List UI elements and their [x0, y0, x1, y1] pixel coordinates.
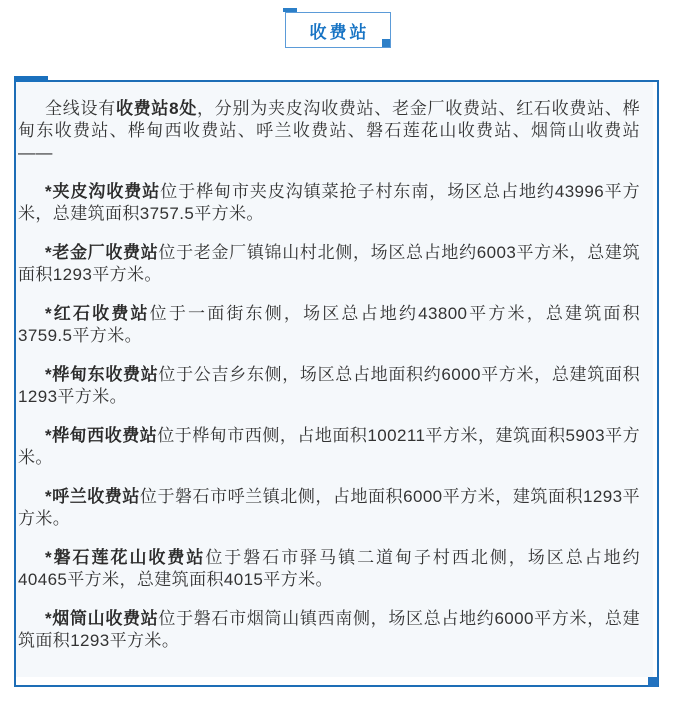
badge-corner-accent-bar [283, 8, 297, 12]
panel-background: 全线设有收费站8处，分别为夹皮沟收费站、老金厂收费站、红石收费站、桦甸东收费站、… [16, 82, 653, 677]
paragraph-bold-lead: *烟筒山收费站 [45, 609, 158, 628]
paragraph-bold-lead: *夹皮沟收费站 [45, 182, 160, 201]
badge-corner-accent-square [382, 39, 390, 47]
paragraph-pre-text: 全线设有 [45, 99, 116, 118]
paragraph-station-laojinchang: *老金厂收费站位于老金厂镇锦山村北侧，场区总占地约6003平方米，总建筑面积12… [18, 242, 640, 286]
paragraph-station-huadian-east: *桦甸东收费站位于公吉乡东侧，场区总占地面积约6000平方米，总建筑面积1293… [18, 364, 640, 408]
paragraph-bold-lead: *老金厂收费站 [45, 243, 158, 262]
paragraph-station-hulan: *呼兰收费站位于磐石市呼兰镇北侧，占地面积6000平方米，建筑面积1293平方米… [18, 486, 640, 530]
paragraph-overview: 全线设有收费站8处，分别为夹皮沟收费站、老金厂收费站、红石收费站、桦甸东收费站、… [18, 98, 640, 164]
paragraph-bold-lead: *红石收费站 [45, 304, 150, 323]
paragraph-bold-lead: *桦甸西收费站 [45, 426, 157, 445]
panel-body-text: 全线设有收费站8处，分别为夹皮沟收费站、老金厂收费站、红石收费站、桦甸东收费站、… [16, 82, 653, 652]
paragraph-station-huadian-west: *桦甸西收费站位于桦甸市西侧，占地面积100211平方米，建筑面积5903平方米… [18, 425, 640, 469]
paragraph-station-jiapigou: *夹皮沟收费站位于桦甸市夹皮沟镇菜抢子村东南，场区总占地约43996平方米，总建… [18, 181, 640, 225]
content-panel: 全线设有收费站8处，分别为夹皮沟收费站、老金厂收费站、红石收费站、桦甸东收费站、… [14, 80, 659, 687]
paragraph-bold-lead: *桦甸东收费站 [45, 365, 158, 384]
paragraph-bold-lead: *磐石莲花山收费站 [45, 548, 205, 567]
paragraph-station-panshi-lianhuashan: *磐石莲花山收费站位于磐石市驿马镇二道甸子村西北侧，场区总占地约40465平方米… [18, 547, 640, 591]
panel-corner-accent-square [648, 677, 658, 687]
article-page: 收费站 全线设有收费站8处，分别为夹皮沟收费站、老金厂收费站、红石收费站、桦甸东… [0, 0, 673, 710]
paragraph-bold-lead: *呼兰收费站 [45, 487, 140, 506]
paragraph-bold-lead: 收费站8处 [116, 99, 197, 118]
section-badge-label: 收费站 [307, 18, 370, 43]
paragraph-station-hongshi: *红石收费站位于一面街东侧，场区总占地约43800平方米，总建筑面积3759.5… [18, 303, 640, 347]
paragraph-station-yantongshan: *烟筒山收费站位于磐石市烟筒山镇西南侧，场区总占地约6000平方米，总建筑面积1… [18, 608, 640, 652]
section-badge-toll-station: 收费站 [285, 12, 391, 48]
